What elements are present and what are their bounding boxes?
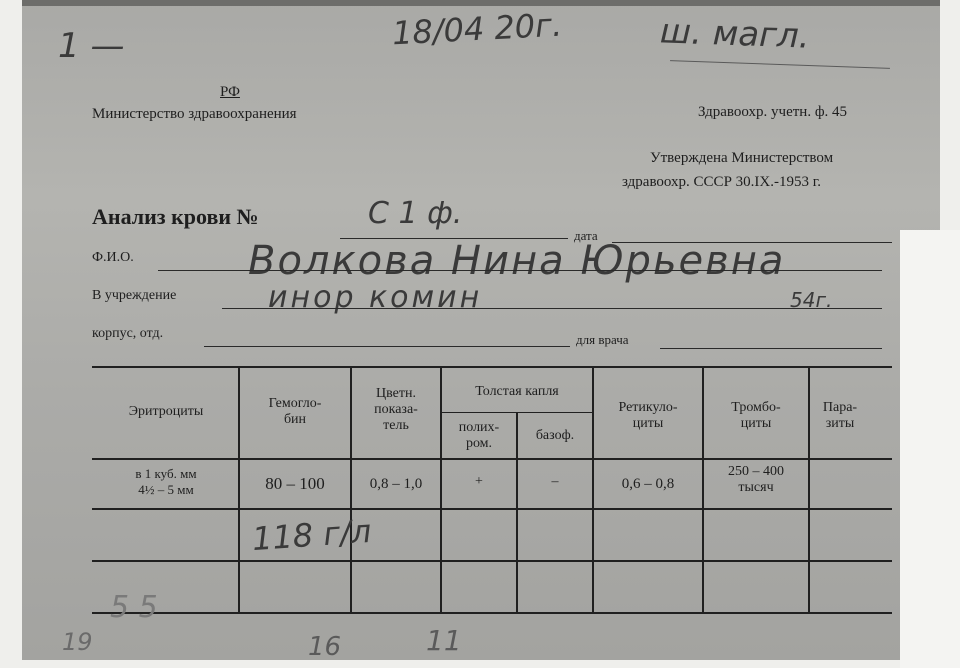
- form-title: Анализ крови №: [92, 204, 259, 230]
- bottom-mark-2: 5 5: [110, 590, 158, 625]
- header-reticulocytes: Ретикуло- циты: [594, 400, 702, 432]
- doctor-label: для врача: [576, 332, 629, 348]
- col-divider-3: [440, 366, 442, 614]
- institution-value: инор комин: [268, 280, 482, 315]
- name-label: Ф.И.О.: [92, 250, 134, 266]
- bottom-mark-3: 16: [308, 632, 341, 662]
- norm-hemoglobin: 80 – 100: [240, 476, 350, 492]
- institution-line: [222, 308, 882, 309]
- form-code: Здравоохр. учетн. ф. 45: [698, 104, 847, 121]
- norm-thrombocytes: 250 – 400 тысяч: [704, 464, 808, 496]
- name-line: [158, 270, 882, 271]
- background-paper: [900, 230, 960, 668]
- header-bottom-border: [92, 458, 892, 460]
- ministry-label: Министерство здравоохранения: [92, 106, 297, 123]
- subheader-divider: [442, 412, 594, 413]
- country-label: РФ: [220, 84, 240, 101]
- handwritten-note: ш. магл.: [659, 11, 810, 56]
- bottom-mark-4: 11: [426, 624, 462, 657]
- row-1-bottom-border: [92, 560, 892, 562]
- norm-color-index: 0,8 – 1,0: [352, 476, 440, 492]
- header-color-index: Цветн. показа- тель: [352, 386, 440, 434]
- approved-line-1: Утверждена Министерством: [650, 150, 833, 167]
- header-thrombocytes: Тромбо- циты: [704, 400, 808, 432]
- header-polychrom: полих- ром.: [442, 420, 516, 452]
- department-line: [204, 346, 570, 347]
- header-parasites: Пара- зиты: [810, 400, 870, 432]
- norm-erythrocytes: в 1 куб. мм 4½ – 5 мм: [94, 466, 238, 498]
- department-label: корпус, отд.: [92, 326, 163, 342]
- norm-basoph: –: [518, 474, 592, 490]
- analysis-number-value: С 1 ф.: [368, 196, 462, 231]
- norm-reticulocytes: 0,6 – 0,8: [594, 476, 702, 492]
- header-thick-drop: Толстая капля: [442, 384, 592, 400]
- header-basoph: базоф.: [518, 428, 592, 444]
- approved-line-2: здравоохр. СССР 30.IX.-1953 г.: [622, 174, 821, 191]
- sheet-top-edge: [22, 0, 940, 6]
- doctor-line: [660, 348, 882, 349]
- norms-bottom-border: [92, 508, 892, 510]
- full-name-value: Волкова Нина Юрьевна: [248, 238, 785, 284]
- row-2-bottom-border: [92, 612, 892, 614]
- table-top-border: [92, 366, 892, 368]
- institution-label: В учреждение: [92, 288, 176, 304]
- header-hemoglobin: Гемогло- бин: [240, 396, 350, 428]
- corner-mark: 1 —: [58, 26, 124, 66]
- norm-polychrom: +: [442, 474, 516, 490]
- bottom-mark-1: 19: [62, 628, 93, 656]
- header-erythrocytes: Эритроциты: [94, 404, 238, 420]
